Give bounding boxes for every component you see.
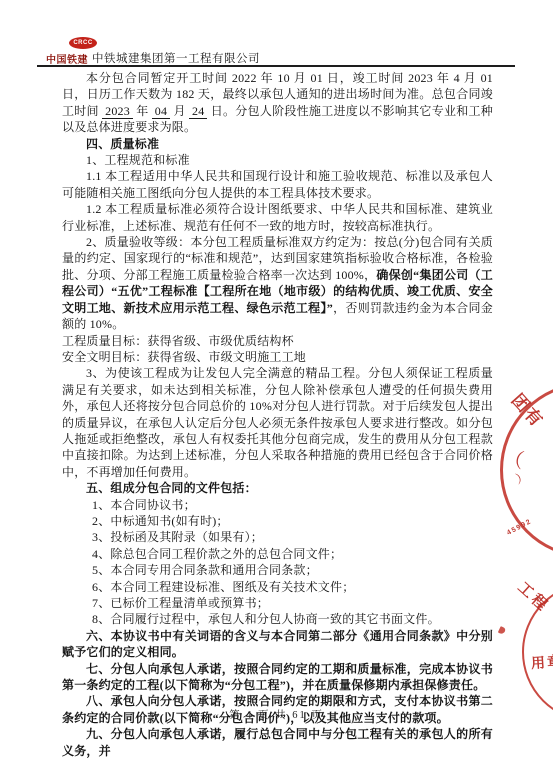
paragraph-safety-goal: 安全文明目标：获得省级、市级文明施工工地 [62, 349, 493, 365]
doc-list-item-2: 2、中标通知书(如有时)； [62, 513, 493, 529]
schedule-text-3: 月 [173, 104, 185, 118]
seal-bottom-ring-text: 工程 [514, 577, 553, 617]
doc-list-item-3: 3、投标函及其附录（如果有）； [62, 529, 493, 545]
page-number: 第 4 页 共 61 页 [0, 707, 553, 722]
completion-day-underlined: 24 [189, 104, 207, 119]
clause-nine: 九、分包人向承包人承诺，履行总包合同中与分包工程有关的承包人的所有义务，并 [62, 726, 493, 759]
paragraph-2-acceptance: 2、质量验收等级：本分包工程质量标准双方约定为：按总(分)包合同有关质量的约定、… [62, 234, 493, 332]
paragraph-3-penalty: 3、为使该工程成为让发包人完全满意的精品工程。分包人须保证工程质量满足有关要求，… [62, 365, 493, 480]
paragraph-quality-goal: 工程质量目标：获得省级、市级优质结构杯 [62, 333, 493, 349]
doc-list-item-5: 5、本合同专用合同条款和通用合同条款； [62, 562, 493, 578]
paragraph-schedule: 本分包合同暂定开工时间 2022 年 10 月 01 日，竣工时间 2023 年… [62, 70, 493, 136]
company-seal-top-icon: 团有 （ ） 45992 [500, 382, 553, 558]
completion-month-underlined: 04 [152, 104, 170, 119]
seal-ink-speck [498, 626, 506, 635]
heading-contract-documents: 五、组成分包合同的文件包括： [62, 480, 493, 496]
document-body: 本分包合同暂定开工时间 2022 年 10 月 01 日，竣工时间 2023 年… [62, 70, 493, 759]
header-divider [37, 65, 515, 67]
clause-seven: 七、分包人向承包人承诺，按照合同约定的工期和质量标准，完成本协议书第一条约定的工… [62, 661, 493, 694]
doc-list-item-1: 1、本合同协议书； [62, 497, 493, 513]
paragraph-spec-title: 1、工程规范和标准 [62, 152, 493, 168]
doc-list-item-7: 7、已标价工程量清单或预算书； [62, 595, 493, 611]
brand-name: 中国铁建 [46, 51, 88, 66]
heading-quality-standard: 四、质量标准 [62, 136, 493, 152]
crcc-logo-icon: CRCC [69, 37, 97, 49]
contract-page: CRCC 中国铁建 中铁城建集团第一工程有限公司 本分包合同暂定开工时间 202… [0, 0, 553, 778]
schedule-text-2: 年 [136, 104, 148, 118]
paragraph-1-2: 1.2 本工程质量标准必须符合设计图纸要求、中华人民共和国标准、建筑业行业标准，… [62, 201, 493, 234]
completion-year-underlined: 2023 [102, 104, 133, 119]
paragraph-1-1: 1.1 本工程适用中华人民共和国现行设计和施工验收规范、标准以及承包人可能随相关… [62, 168, 493, 201]
seal-top-serial-digits: 45992 [506, 518, 533, 537]
company-name: 中铁城建集团第一工程有限公司 [92, 50, 260, 66]
crcc-logo-text: CRCC [73, 40, 92, 46]
doc-list-item-8: 8、合同履行过程中，承包人和分包人协商一致的其它书面文件。 [62, 611, 493, 627]
clause-six: 六、本协议书中有关词语的含义与本合同第二部分《通用合同条款》中分别赋予它们的定义… [62, 628, 493, 661]
seal-bottom-inner-text: 用章 [530, 651, 553, 673]
doc-list-item-4: 4、除总包合同工程价款之外的总包合同文件； [62, 546, 493, 562]
company-seal-bottom-icon: 工程 用章 [522, 582, 553, 722]
seal-top-paren-close: ） [514, 468, 531, 488]
seal-top-ring-text: 团有 [507, 387, 551, 432]
doc-list-item-6: 6、本合同工程建设标准、图纸及有关技术文件； [62, 579, 493, 595]
